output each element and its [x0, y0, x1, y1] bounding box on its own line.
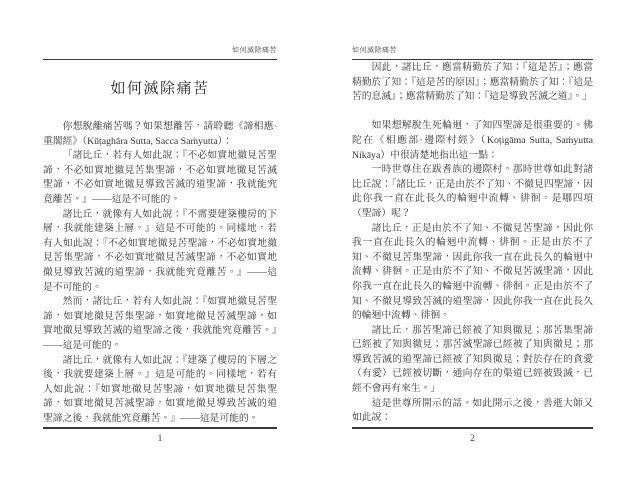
header-divider: [43, 59, 277, 60]
paragraph: 你想脫離痛苦嗎？如果想離苦，請聆聽《諦相應·重閣經》（Kūṭaghāra Sut…: [43, 120, 277, 149]
right-page-body: 因此，諸比丘，應當精勤於了知：『這是苦』；應當精勤於了知：『這是苦的原因』；應當…: [352, 61, 593, 426]
paragraph: 「諸比丘，若有人如此說：『不必如實地徹見苦聖諦，不必如實地徹見苦集聖諦，不必如實…: [43, 149, 277, 207]
footer-divider: [43, 427, 277, 429]
paragraph: 諸比丘，正是由於不了知、不徹見苦聖諦，因此你我一直在此長久的輪迴中流轉、徘徊。正…: [352, 222, 593, 324]
running-header: 如何滅除痛苦: [43, 45, 277, 55]
left-page-body: 你想脫離痛苦嗎？如果想離苦，請聆聽《諦相應·重閣經》（Kūṭaghāra Sut…: [43, 120, 277, 426]
left-page: 如何滅除痛苦 如何滅除痛苦 你想脫離痛苦嗎？如果想離苦，請聆聽《諦相應·重閣經》…: [43, 0, 277, 495]
paragraph: 諸比丘，那苦聖諦已經被了知與徹見；那苦集聖諦已經被了知與徹見；那苦滅聖諦已經被了…: [352, 324, 593, 397]
right-page: 如何滅除痛苦 因此，諸比丘，應當精勤於了知：『這是苦』；應當精勤於了知：『這是苦…: [352, 0, 593, 495]
running-header: 如何滅除痛苦: [352, 45, 593, 55]
paragraph: 因此，諸比丘，應當精勤於了知：『這是苦』；應當精勤於了知：『這是苦的原因』；應當…: [352, 61, 593, 105]
paragraph: 一時世尊住在跋耆族的邊際村。那時世尊如此對諸比丘說：「諸比丘，正是由於不了知、不…: [352, 163, 593, 221]
page-number: 2: [352, 434, 593, 444]
paragraph: 如果想解脫生死輪迴，了知四聖諦是很重要的。佛陀在《相應部·邊際村經》（Koṭig…: [352, 119, 593, 163]
footer-divider: [352, 427, 593, 429]
paragraph: 這是世尊所開示的話。如此開示之後，善逝大師又如此說：: [352, 397, 593, 426]
paragraph: 諸比丘，就像有人如此說：『不需要建築樓房的下層，我就能建築上層。』這是不可能的。…: [43, 208, 277, 296]
header-divider: [352, 59, 593, 60]
page-title: 如何滅除痛苦: [43, 77, 277, 98]
paragraph: 然而，諸比丘，若有人如此說：『如實地徹見苦聖諦，如實地徹見苦集聖諦，如實地徹見苦…: [43, 295, 277, 353]
page-number: 1: [43, 434, 277, 444]
paragraph: 諸比丘，就像有人如此說：『建築了樓房的下層之後，我就要建築上層。』這是可能的。同…: [43, 354, 277, 427]
